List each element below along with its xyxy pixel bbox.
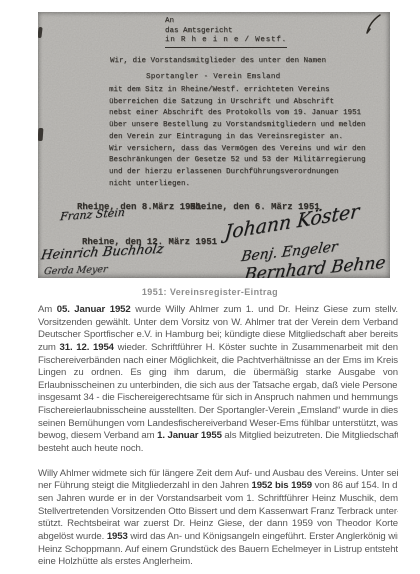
letter-body-line: Beschränkungen der Gesetze 52 und 53 der… [109, 155, 366, 167]
archival-letter-photo: An das Amtsgericht in R h e i n e / West… [38, 12, 390, 278]
text-line: eine Holzhütte als erstes Anglerheim. [38, 556, 398, 569]
letter-intro-line: Wir, die Vorstandsmitglieder des unter d… [110, 56, 326, 68]
letter-body-line: nebst einer Abschrift des Protokolls vom… [109, 108, 366, 120]
address-line: An [165, 17, 287, 27]
text-line: Fischereierlaubnisscheine ausstellten. D… [38, 405, 398, 418]
text-line: sen Jahren wurde er in der Vorstandsarbe… [38, 493, 398, 506]
text-line: Deutscher Sportfischer e.V. in Hamburg b… [38, 329, 398, 342]
history-paragraph-1: Am 05. Januar 1952 wurde Willy Ahlmer zu… [38, 304, 398, 456]
text-line: Fischereiverbänden nach einer Möglichkei… [38, 355, 398, 368]
text-line: Lingen zu ordnen. Es ging ihm darum, die… [38, 367, 398, 380]
text-line: Am 05. Januar 1952 wurde Willy Ahlmer zu… [38, 304, 398, 317]
text-line: Erlaubnisscheinen zu unterbinden, die si… [38, 380, 398, 393]
letter-body-line: über unsere Bestellung zu Vorstandsmitgl… [109, 120, 366, 132]
text-line: abgelöst wurde. 1953 wird das An- und Kö… [38, 531, 398, 544]
text-line: seinen Bemühungen vom Landesfischereiver… [38, 418, 398, 431]
text-line: Willy Ahlmer widmete sich für längere Ze… [38, 468, 398, 481]
text-line: zum 31. 12. 1954 wieder. Schriftführer H… [38, 342, 398, 355]
history-text: Am 05. Januar 1952 wurde Willy Ahlmer zu… [38, 304, 398, 569]
signature: Gerda Meyer [43, 264, 108, 277]
letter-body-line: nicht unterliegen. [109, 179, 366, 191]
letter-body-line: Wir versichern, dass das Vermögen des Ve… [109, 144, 366, 156]
text-line: ner Führung steigt die Mitgliederzahl in… [38, 480, 398, 493]
letter-body: mit dem Sitz in Rheine/Westf. errichtete… [109, 85, 366, 190]
text-line: besteht auch heute noch. [38, 443, 398, 456]
address-block: An das Amtsgericht in R h e i n e / West… [165, 17, 287, 48]
letter-body-line: mit dem Sitz in Rheine/Westf. errichtete… [109, 85, 366, 97]
text-line: Stellvertretenden Vorsitzenden Otto Biss… [38, 506, 398, 519]
history-paragraph-2: Willy Ahlmer widmete sich für längere Ze… [38, 468, 398, 569]
photo-caption: 1951: Vereinsregister-Eintrag [0, 287, 420, 297]
page-root: { "palette": { "page_background": "#ffff… [0, 0, 420, 574]
text-line: Heinz Schoppmann. Auf einem Grundstück d… [38, 544, 398, 557]
text-line: insgesamt 34 - die Fischereigerechtsame … [38, 392, 398, 405]
text-line: Vorsitzenden gewählt. Unter dem Vorsitz … [38, 317, 398, 330]
club-name-line: Sportangler - Verein Emsland [146, 72, 280, 84]
letter-body-line: und der hierzu erlassenen Durchführungsv… [109, 167, 366, 179]
address-line: das Amtsgericht [165, 27, 287, 37]
scan-edge-mark [38, 128, 43, 141]
address-line: in R h e i n e / Westf. [165, 36, 287, 48]
letter-body-line: den Verein zur Eintragung in das Vereins… [109, 132, 366, 144]
text-line: stützt. Rechtsbeirat war zuerst Dr. Hein… [38, 518, 398, 531]
handwritten-pen-stroke [346, 12, 390, 40]
text-line: bewog, diesem Verband am 1. Januar 1955 … [38, 430, 398, 443]
letter-body-line: überreichen die Satzung in Urschrift und… [109, 97, 366, 109]
